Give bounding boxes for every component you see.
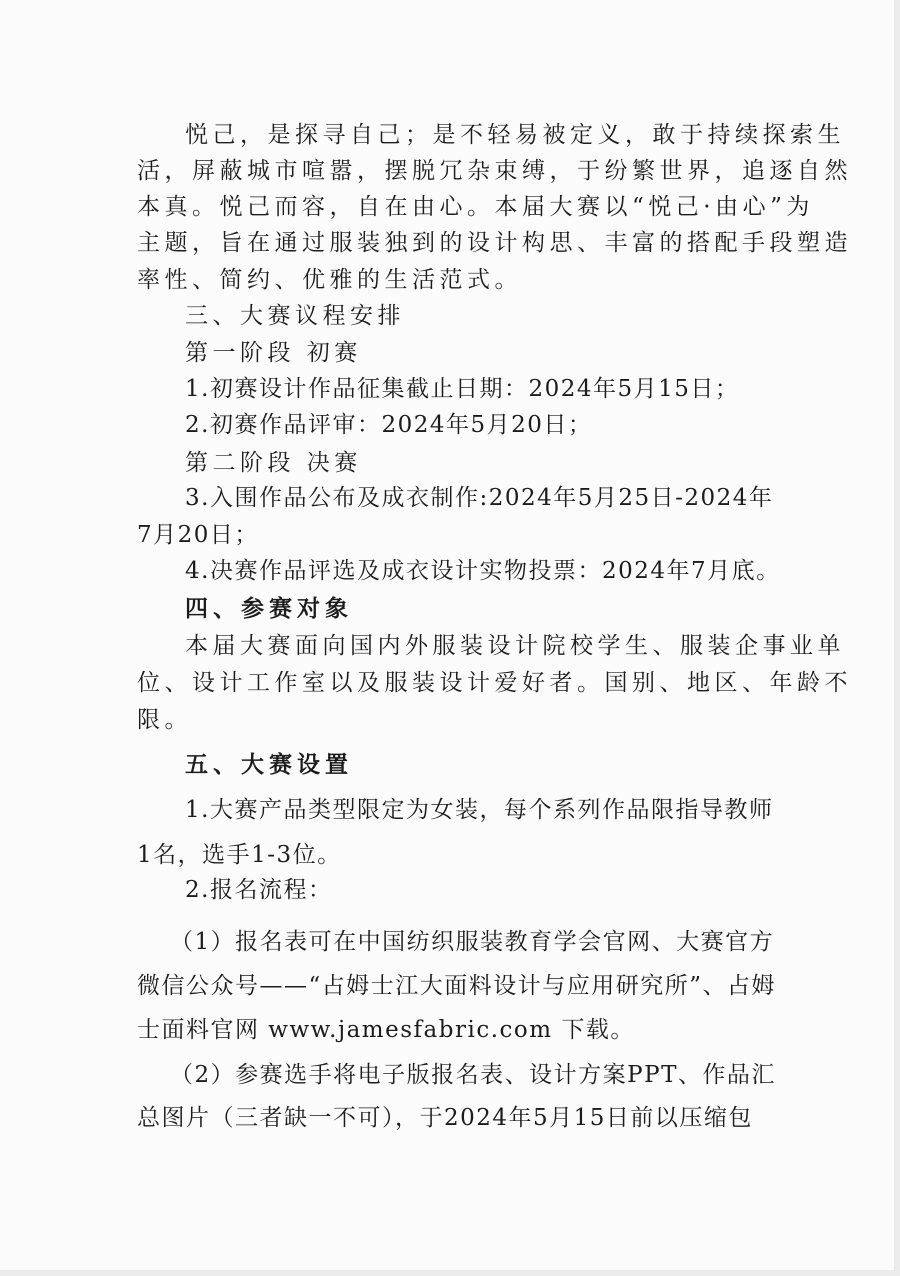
- schedule-item-3-line-1: 3.入围作品公布及成衣制作:2024年5月25日-2024年: [185, 483, 773, 513]
- stage-one-heading: 第一阶段 初赛: [185, 338, 362, 368]
- registration-step-2-line-2: 总图片（三者缺一不可），于2024年5月15日前以压缩包: [137, 1103, 753, 1133]
- schedule-item-2: 2.初赛作品评审：2024年5月20日；: [185, 410, 592, 440]
- registration-step-1-line-2: 微信公众号——“占姆士江大面料设计与应用研究所”、占姆: [137, 971, 776, 1001]
- paragraph-theme-line-4: 主题，旨在通过服装独到的设计构思、丰富的搭配手段塑造: [137, 228, 852, 258]
- paragraph-theme-line-3: 本真。悦己而容，自在由心。本届大赛以“悦己·由心”为: [137, 192, 814, 222]
- registration-step-1-line-1: （1）报名表可在中国纺织服装教育学会官网、大赛官方: [170, 927, 774, 957]
- settings-item-2-heading: 2.报名流程：: [185, 875, 332, 905]
- registration-step-1-line-3: 士面料官网 www.jamesfabric.com 下载。: [137, 1015, 635, 1045]
- participants-line-3: 限。: [137, 705, 192, 735]
- registration-step-2-line-1: （2）参赛选手将电子版报名表、设计方案PPT、作品汇: [170, 1060, 776, 1090]
- settings-item-1-line-2: 1名，选手1-3位。: [137, 840, 342, 870]
- section-heading-schedule: 三、大赛议程安排: [185, 301, 405, 331]
- paragraph-theme-line-5: 率性、简约、优雅的生活范式。: [137, 265, 522, 295]
- section-heading-settings: 五、大赛设置: [185, 750, 353, 780]
- settings-item-1-line-1: 1.大赛产品类型限定为女装，每个系列作品限指导教师: [185, 795, 773, 825]
- paragraph-theme-line-1: 悦己，是探寻自己；是不轻易被定义，敢于持续探索生: [185, 120, 845, 150]
- schedule-item-3-line-2: 7月20日；: [137, 520, 259, 550]
- document-page: 悦己，是探寻自己；是不轻易被定义，敢于持续探索生 活，屏蔽城市喧嚣，摆脱冗杂束缚…: [0, 0, 894, 1270]
- schedule-item-4: 4.决赛作品评选及成衣设计实物投票：2024年7月底。: [185, 556, 781, 586]
- participants-line-2: 位、设计工作室以及服装设计爱好者。国别、地区、年龄不: [137, 668, 852, 698]
- schedule-item-1: 1.初赛设计作品征集截止日期：2024年5月15日；: [185, 374, 739, 404]
- section-heading-participants: 四、参赛对象: [185, 594, 353, 624]
- stage-two-heading: 第二阶段 决赛: [185, 448, 362, 478]
- participants-line-1: 本届大赛面向国内外服装设计院校学生、服装企事业单: [185, 631, 845, 661]
- paragraph-theme-line-2: 活，屏蔽城市喧嚣，摆脱冗杂束缚，于纷繁世界，追逐自然: [137, 156, 852, 186]
